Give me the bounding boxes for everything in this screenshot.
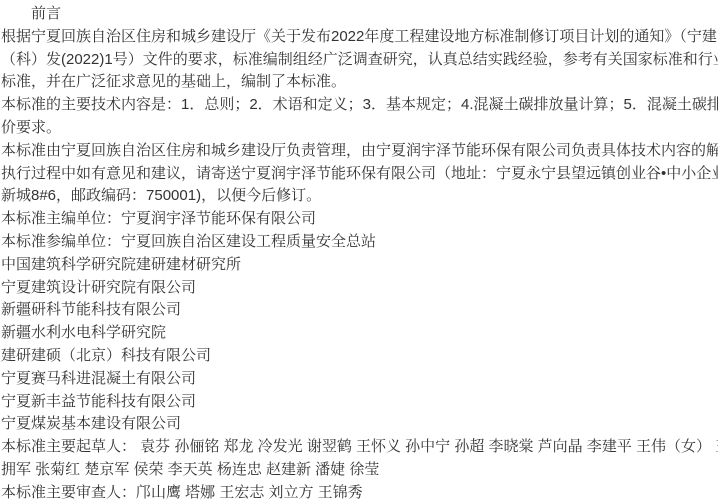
document-page: 前言 根据宁夏回族自治区住房和城乡建设厅《关于发布2022年度工程建设地方标准制… [0,0,719,504]
intro-line-1: 根据宁夏回族自治区住房和城乡建设厅《关于发布2022年度工程建设地方标准制修订项… [1,26,718,49]
participant-line-6: 建研建硕（北京）科技有限公司 [1,345,718,368]
participant-line-4: 新疆研科节能科技有限公司 [1,299,718,322]
drafters-line-2: 拥军 张菊红 楚京军 侯荣 李天英 杨连忠 赵建新 潘婕 徐莹 [1,459,718,482]
participant-line-8: 宁夏新丰益节能科技有限公司 [1,391,718,414]
participant-line-2: 中国建筑科学研究院建研建材研究所 [1,254,718,277]
reviewers-line: 本标准主要审查人：邝山鹰 塔娜 王宏志 刘立方 王锦秀 [1,482,718,504]
intro-line-2: （科）发(2022)1号）文件的要求，标准编制组经广泛调查研究，认真总结实践经验… [1,49,718,72]
participant-line-7: 宁夏赛马科进混凝土有限公司 [1,368,718,391]
participant-line-9: 宁夏煤炭基本建设有限公司 [1,413,718,436]
contents-line-1: 本标准的主要技术内容是：1．总则；2．术语和定义；3．基本规定；4.混凝土碳排放… [1,94,718,117]
participant-line-5: 新疆水利水电科学研究院 [1,322,718,345]
drafters-line-1: 本标准主要起草人： 袁芬 孙俪铭 郑龙 冷发光 谢翌鹤 王怀义 孙中宁 孙超 李… [1,436,718,459]
chief-editor-line: 本标准主编单位：宁夏润宇泽节能环保有限公司 [1,208,718,231]
participant-line-1: 本标准参编单位：宁夏回族自治区建设工程质量安全总站 [1,231,718,254]
intro-line-3: 标准，并在广泛征求意见的基础上，编制了本标准。 [1,71,718,94]
management-line-2: 执行过程中如有意见和建议，请寄送宁夏润宇泽节能环保有限公司（地址：宁夏永宁县望远… [1,163,718,186]
participant-line-3: 宁夏建筑设计研究院有限公司 [1,277,718,300]
management-line-1: 本标准由宁夏回族自治区住房和城乡建设厅负责管理，由宁夏润宇泽节能环保有限公司负责… [1,140,718,163]
contents-line-2: 价要求。 [1,117,718,140]
page-title: 前言 [1,3,718,26]
management-line-3: 新城8#6，邮政编码：750001)，以便今后修订。 [1,185,718,208]
